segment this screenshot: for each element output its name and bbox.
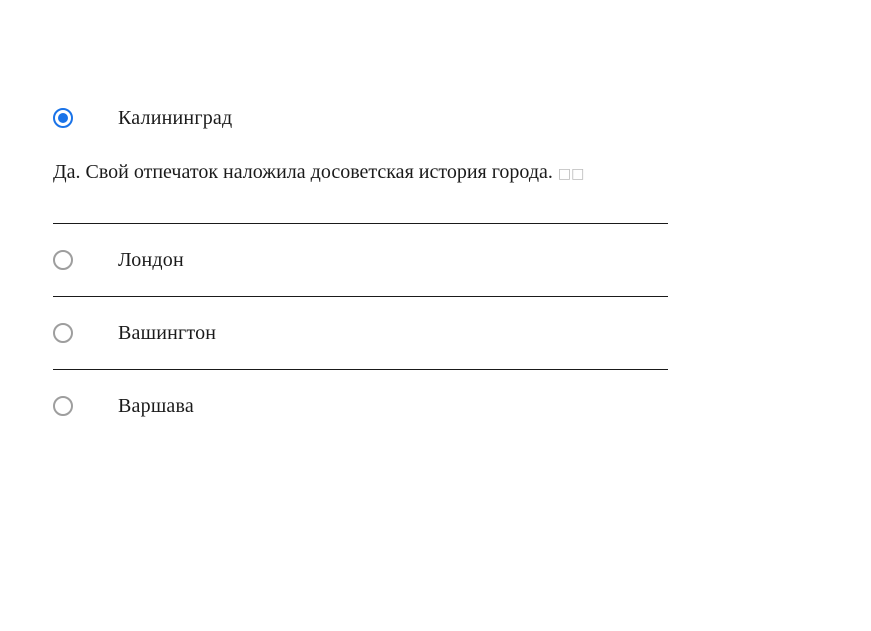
option-label: Лондон bbox=[118, 249, 184, 272]
option-london[interactable]: Лондон bbox=[53, 224, 668, 296]
option-label: Вашингтон bbox=[118, 322, 216, 345]
option-warsaw[interactable]: Варшава bbox=[53, 370, 668, 442]
option-washington[interactable]: Вашингтон bbox=[53, 297, 668, 369]
radio-unchecked-icon[interactable] bbox=[53, 250, 73, 270]
option-kaliningrad[interactable]: Калининград bbox=[53, 82, 668, 154]
option-label: Калининград bbox=[118, 107, 232, 130]
quiz-question: Калининград Да. Свой отпечаток наложила … bbox=[53, 0, 668, 442]
option-label: Варшава bbox=[118, 395, 194, 418]
radio-unchecked-icon[interactable] bbox=[53, 396, 73, 416]
missing-glyph-icon: □□ bbox=[558, 166, 584, 182]
answer-feedback: Да. Свой отпечаток наложила досоветская … bbox=[53, 154, 668, 224]
radio-unchecked-icon[interactable] bbox=[53, 323, 73, 343]
radio-checked-icon[interactable] bbox=[53, 108, 73, 128]
feedback-text: Да. Свой отпечаток наложила досоветская … bbox=[53, 161, 553, 183]
